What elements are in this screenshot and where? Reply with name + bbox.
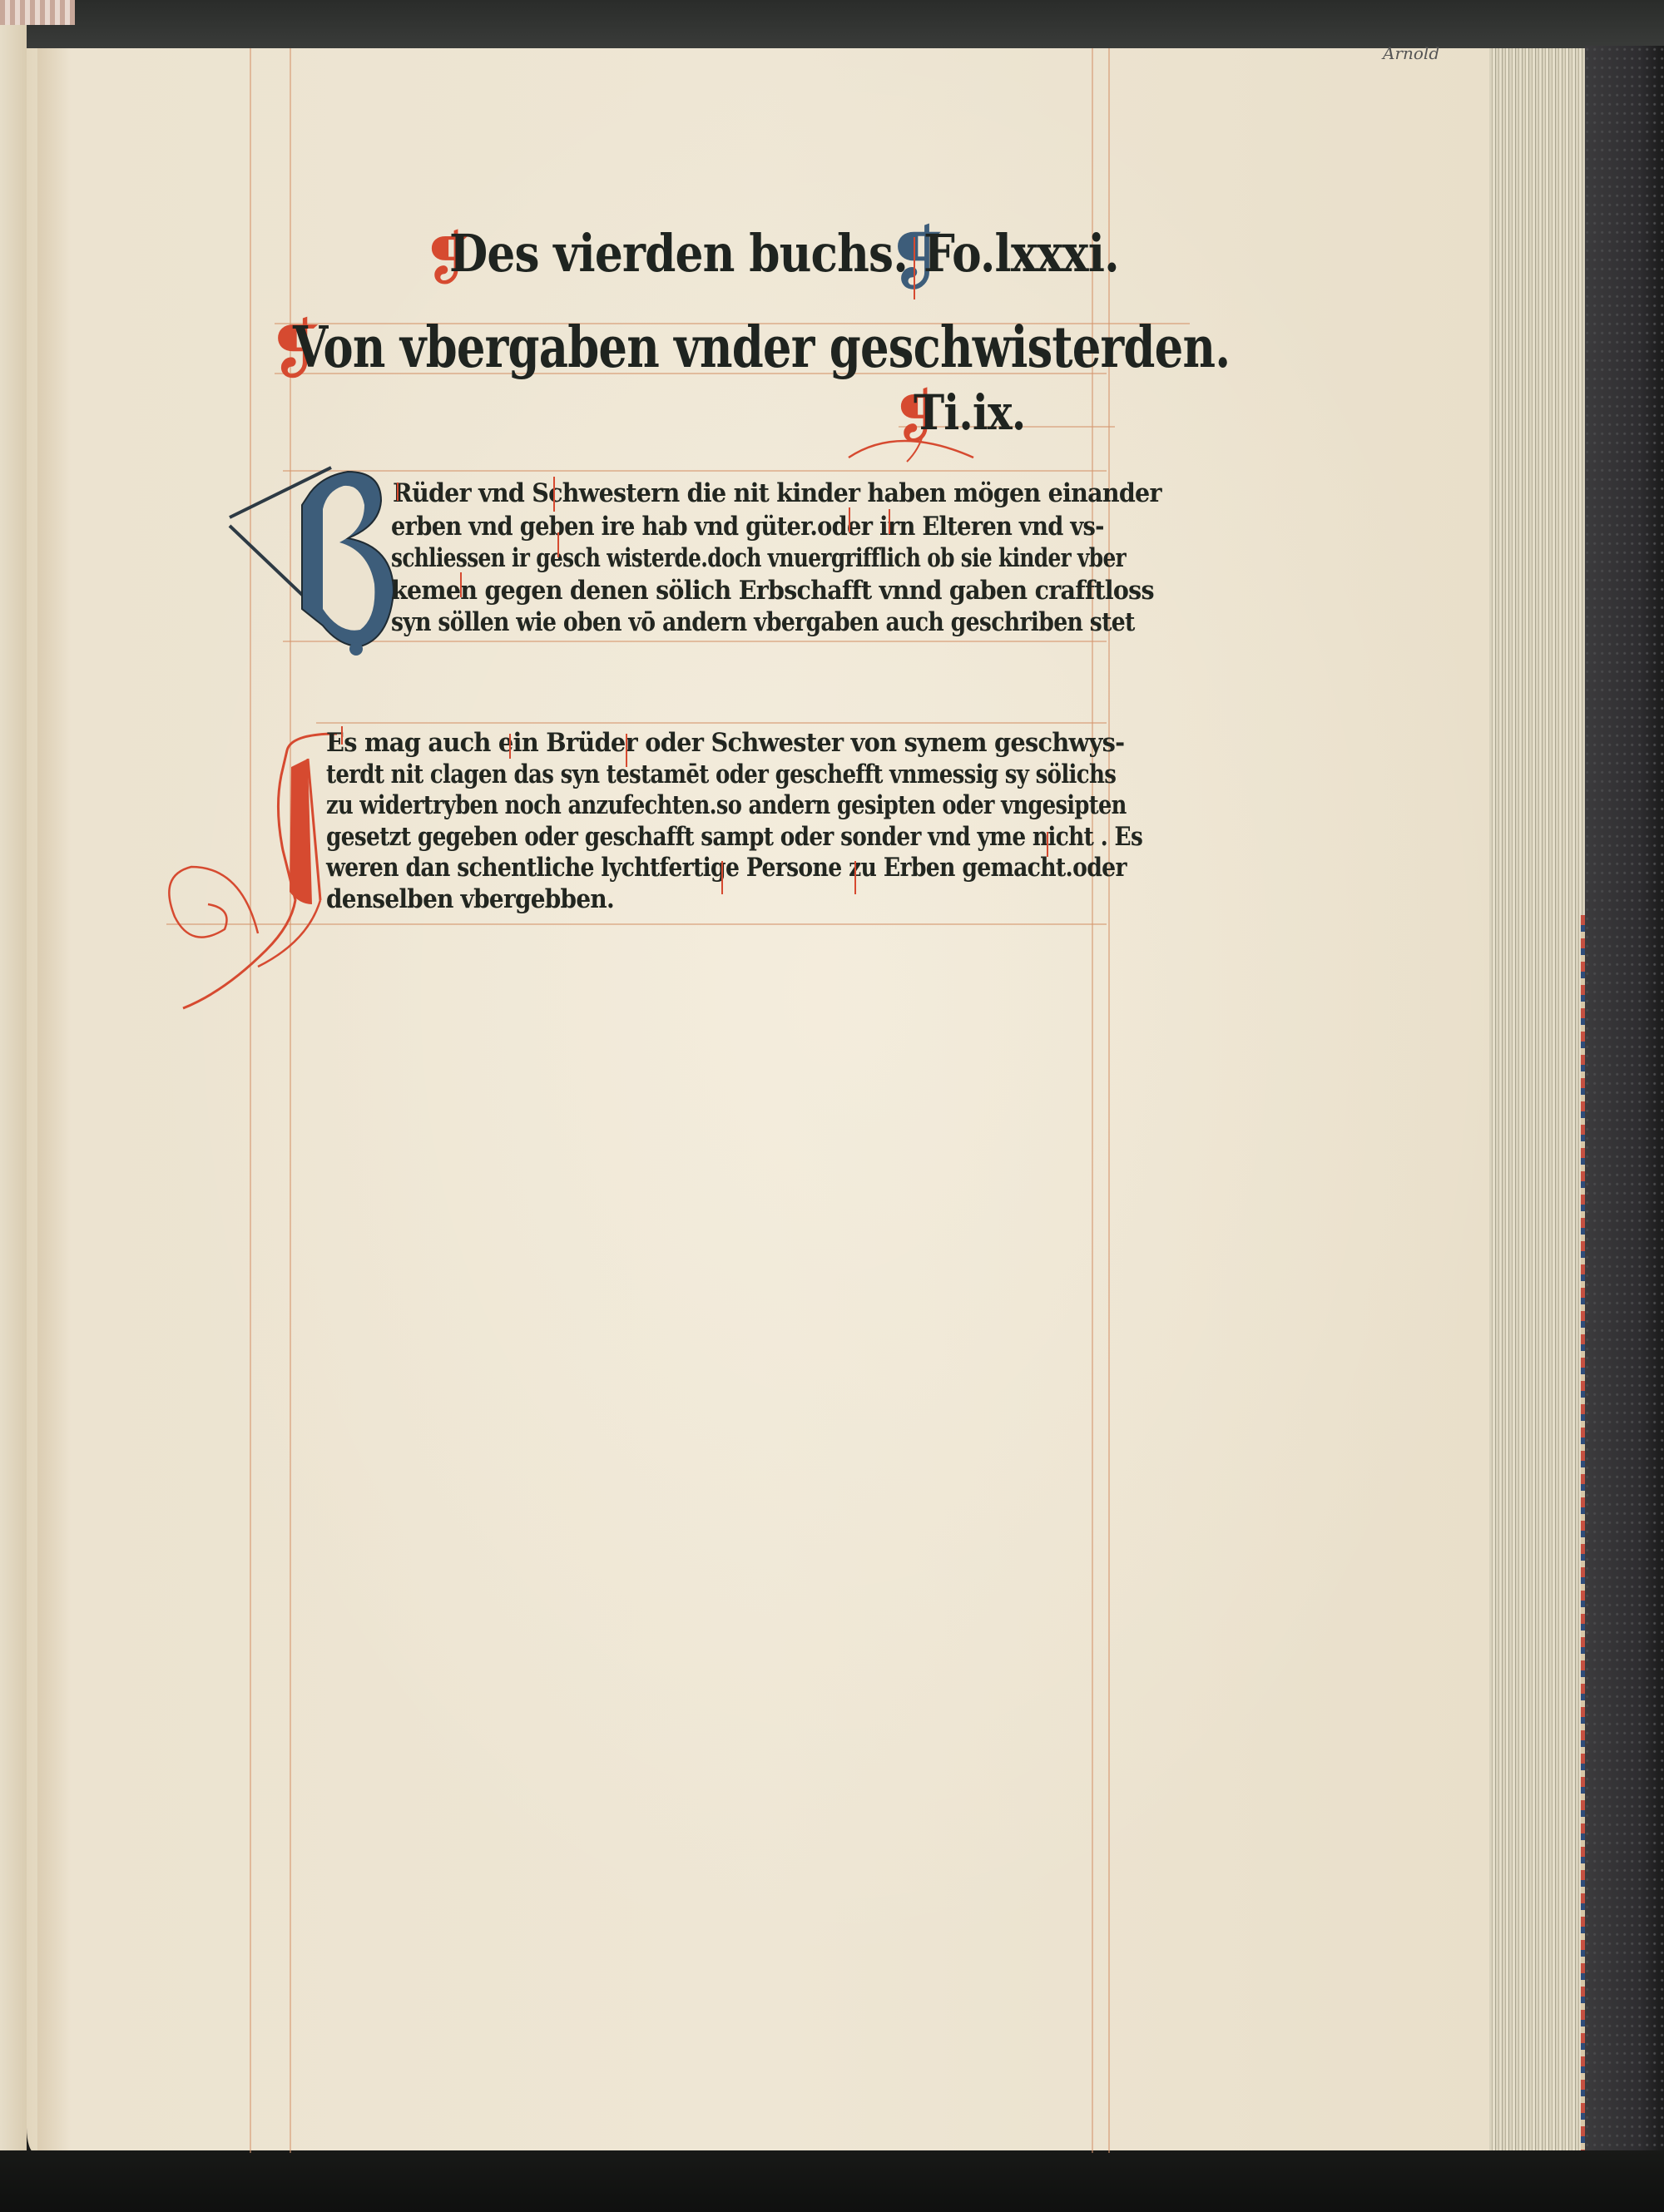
rubric-stroke xyxy=(889,509,890,534)
top-edge-decoration xyxy=(0,0,75,25)
rubric-stroke xyxy=(553,477,555,512)
text-line: zu widertryben noch anzufechten.so ander… xyxy=(326,790,1127,820)
text-line: syn söllen wie oben vō andern vbergaben … xyxy=(391,607,1135,637)
text-line: weren dan schentliche lychtfertige Perso… xyxy=(326,853,1127,883)
rubric-stroke xyxy=(460,572,462,597)
facing-page-edge xyxy=(0,25,27,2163)
handwritten-annotation: Arnold xyxy=(1383,43,1439,63)
text-line: Rüder vnd Schwestern die nit kinder habe… xyxy=(393,478,1161,508)
text-line: Es mag auch ein Brüder oder Schwester vo… xyxy=(326,728,1124,758)
ruling-line-para1-bottom xyxy=(283,641,1107,642)
rubric-stroke xyxy=(557,532,559,557)
book-cover-top xyxy=(0,0,1664,50)
ruling-line-para2-top xyxy=(316,722,1107,724)
rubric-stroke xyxy=(509,734,511,759)
folio-number: Fo.lxxxi. xyxy=(924,223,1119,284)
rubric-stroke xyxy=(626,734,627,767)
ruling-line-para1-top xyxy=(283,470,1107,472)
decorated-initial-e-icon xyxy=(166,725,341,1017)
text-line: schliessen ir gesch wisterde.doch vnuerg… xyxy=(391,543,1126,573)
text-line: denselben vbergebben. xyxy=(326,884,614,914)
rubric-stroke xyxy=(721,861,723,894)
text-line: erben vnd geben ire hab vnd güter.oder i… xyxy=(391,512,1104,542)
rubric-stroke xyxy=(854,861,856,894)
red-flourish-icon xyxy=(840,416,982,466)
rubric-stroke xyxy=(914,237,915,299)
rubric-stroke xyxy=(341,726,343,745)
rubric-stroke xyxy=(1047,832,1048,857)
ruling-line-left-outer xyxy=(250,48,251,2153)
text-line: terdt nit clagen das syn testamēt oder g… xyxy=(326,760,1116,789)
rubric-stroke xyxy=(849,507,850,532)
running-head: Des vierden buchs. xyxy=(449,223,908,284)
book-cover-bottom xyxy=(0,2150,1664,2212)
text-line: gesetzt gegeben oder geschafft sampt ode… xyxy=(326,822,1142,852)
decorated-initial-b-icon xyxy=(223,459,398,659)
rubric-stroke xyxy=(397,482,399,501)
book-cover-right xyxy=(1585,46,1664,2167)
gutter-fold xyxy=(37,48,71,2153)
page-block-edges xyxy=(1489,48,1587,2157)
chapter-title: Von vbergaben vnder geschwisterden. xyxy=(293,314,1230,381)
text-line: kemen gegen denen sölich Erbschafft vnnd… xyxy=(391,576,1154,606)
